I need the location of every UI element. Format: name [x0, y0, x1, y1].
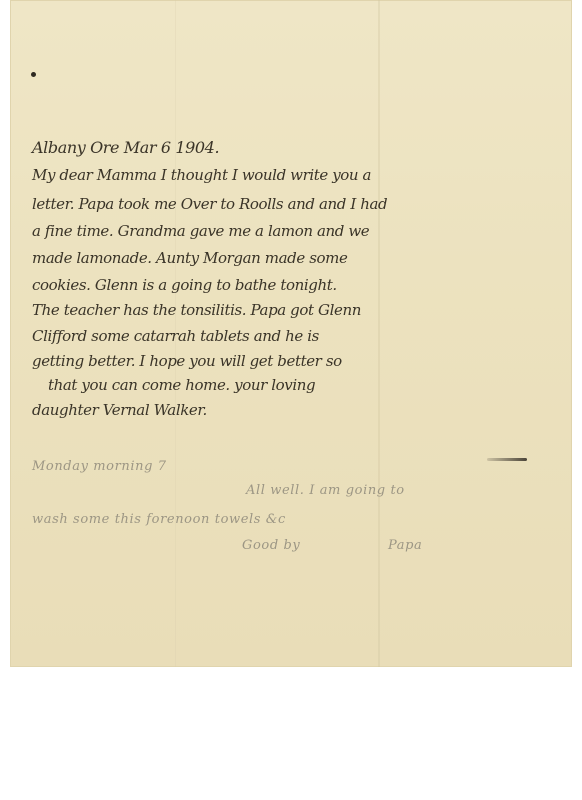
letter-line: that you can come home. your loving: [48, 375, 315, 395]
postscript-line: wash some this forenoon towels &c: [32, 511, 286, 529]
letter-line: Clifford some catarrah tablets and he is: [32, 326, 319, 346]
postscript-line: All well. I am going to: [246, 482, 405, 500]
postscript-closing: Good by: [242, 537, 300, 555]
letter-line: a fine time. Grandma gave me a lamon and…: [32, 221, 369, 241]
paper-fold-line: [378, 0, 380, 667]
punch-hole-mark: [31, 72, 36, 77]
letter-line: getting better. I hope you will get bett…: [32, 351, 342, 371]
letter-line: My dear Mamma I thought I would write yo…: [32, 165, 371, 185]
postscript-signature: Papa: [388, 537, 422, 555]
pencil-mark: [487, 458, 527, 461]
letter-dateline: Albany Ore Mar 6 1904.: [32, 138, 219, 158]
letter-line: letter. Papa took me Over to Roolls and …: [32, 194, 387, 214]
letter-signature-line: daughter Vernal Walker.: [32, 400, 207, 420]
letter-line: The teacher has the tonsilitis. Papa got…: [32, 300, 361, 320]
letter-line: cookies. Glenn is a going to bathe tonig…: [32, 275, 337, 295]
letter-paper: Albany Ore Mar 6 1904. My dear Mamma I t…: [10, 0, 572, 667]
letter-line: made lamonade. Aunty Morgan made some: [32, 248, 347, 268]
postscript-header: Monday morning 7: [32, 458, 167, 476]
